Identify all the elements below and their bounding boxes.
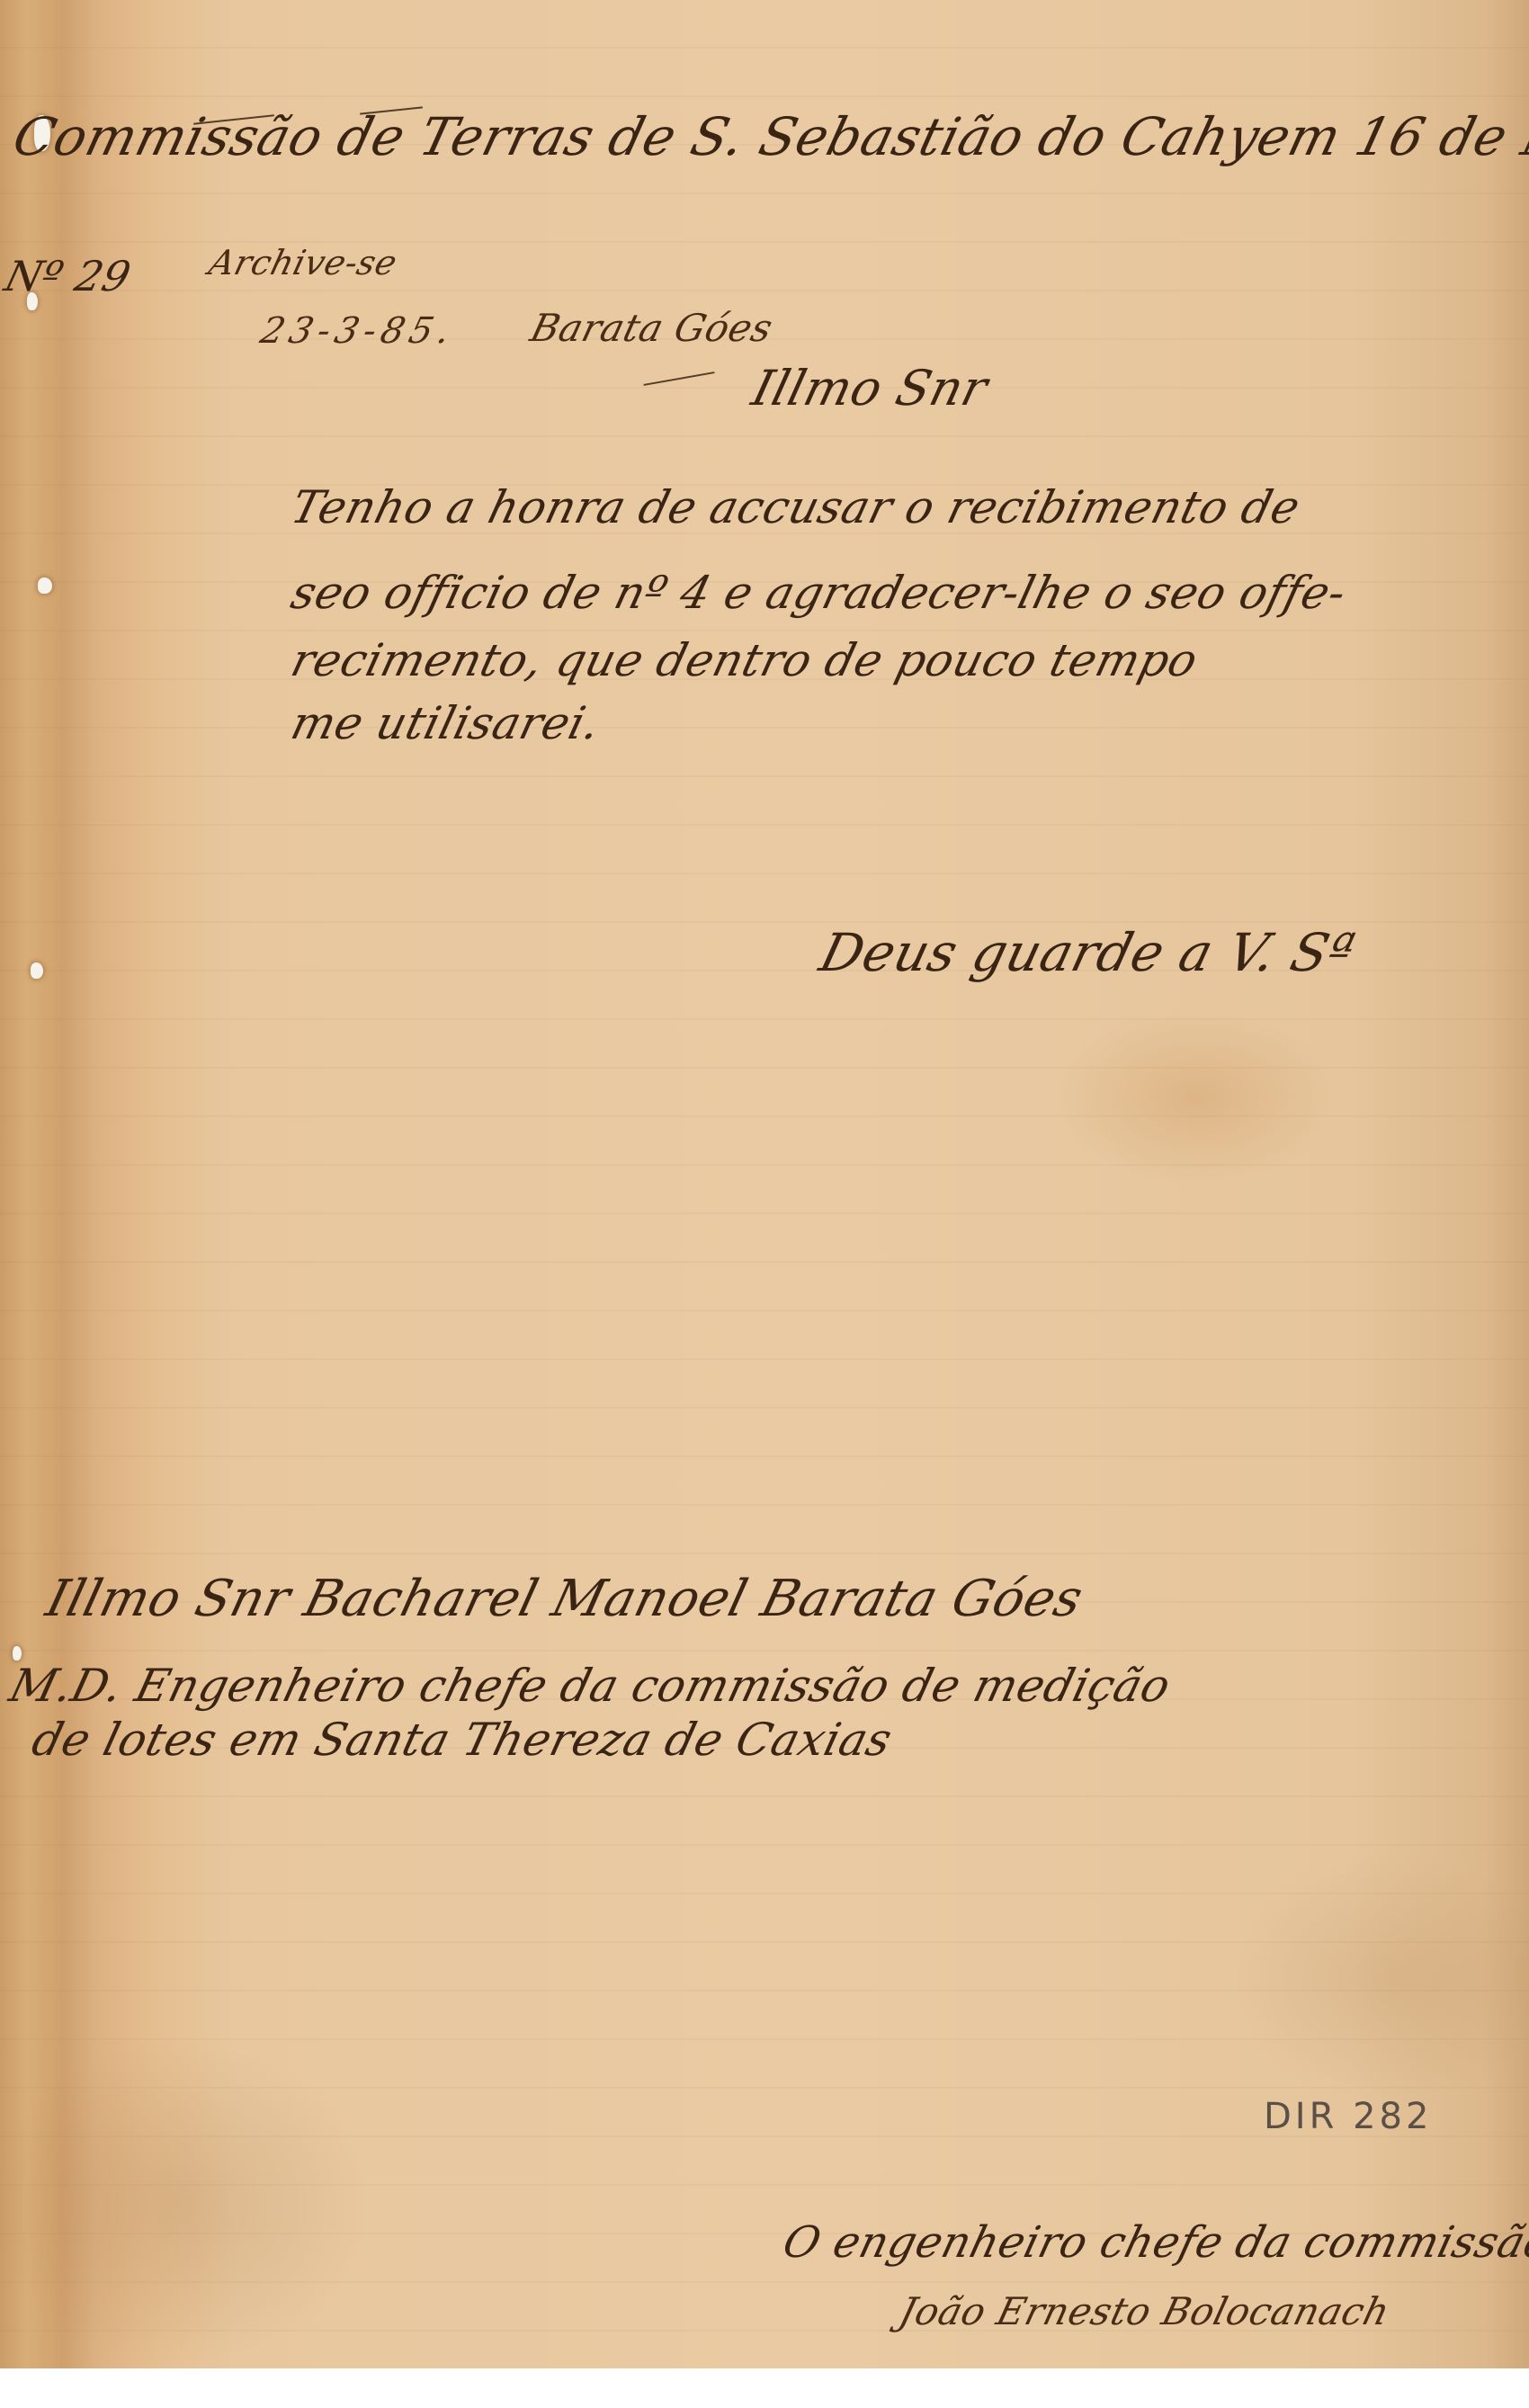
signature-name: João Ernesto Bolocanach xyxy=(895,2289,1394,2333)
body-line: recimento, que dentro de pouco tempo xyxy=(286,634,1203,686)
addressee-line: M.D. Engenheiro chefe da commissão de me… xyxy=(4,1660,1176,1712)
header-place-date: Commissão de Terras de S. Sebastião do C… xyxy=(7,106,1529,167)
body-line: me utilisarei. xyxy=(286,697,605,749)
document-page: Commissão de Terras de S. Sebastião do C… xyxy=(0,0,1529,2368)
ruled-lines xyxy=(0,0,1529,2368)
archive-note-date: 23-3-85. xyxy=(256,310,460,352)
paper-hole xyxy=(13,1646,22,1661)
archive-code: DIR 282 xyxy=(1264,2096,1432,2137)
addressee-line: Illmo Snr Bacharel Manoel Barata Góes xyxy=(40,1570,1088,1628)
paper-hole xyxy=(38,577,52,594)
signature-flourish xyxy=(643,371,714,386)
body-line: seo officio de nº 4 e agradecer-lhe o se… xyxy=(286,567,1352,619)
reference-number: Nº 29 xyxy=(0,252,136,300)
closing: Deus guarde a V. Sª xyxy=(814,922,1361,983)
addressee-line: de lotes em Santa Thereza de Caxias xyxy=(27,1714,898,1766)
archive-note: Archive-se xyxy=(205,243,401,282)
paper-hole xyxy=(31,962,43,979)
salutation: Illmo Snr xyxy=(747,360,994,416)
signature-title: O engenheiro chefe da commissão xyxy=(778,2217,1529,2268)
body-line: Tenho a honra de accusar o recibimento d… xyxy=(286,481,1305,533)
archive-note-signature: Barata Góes xyxy=(526,306,777,350)
